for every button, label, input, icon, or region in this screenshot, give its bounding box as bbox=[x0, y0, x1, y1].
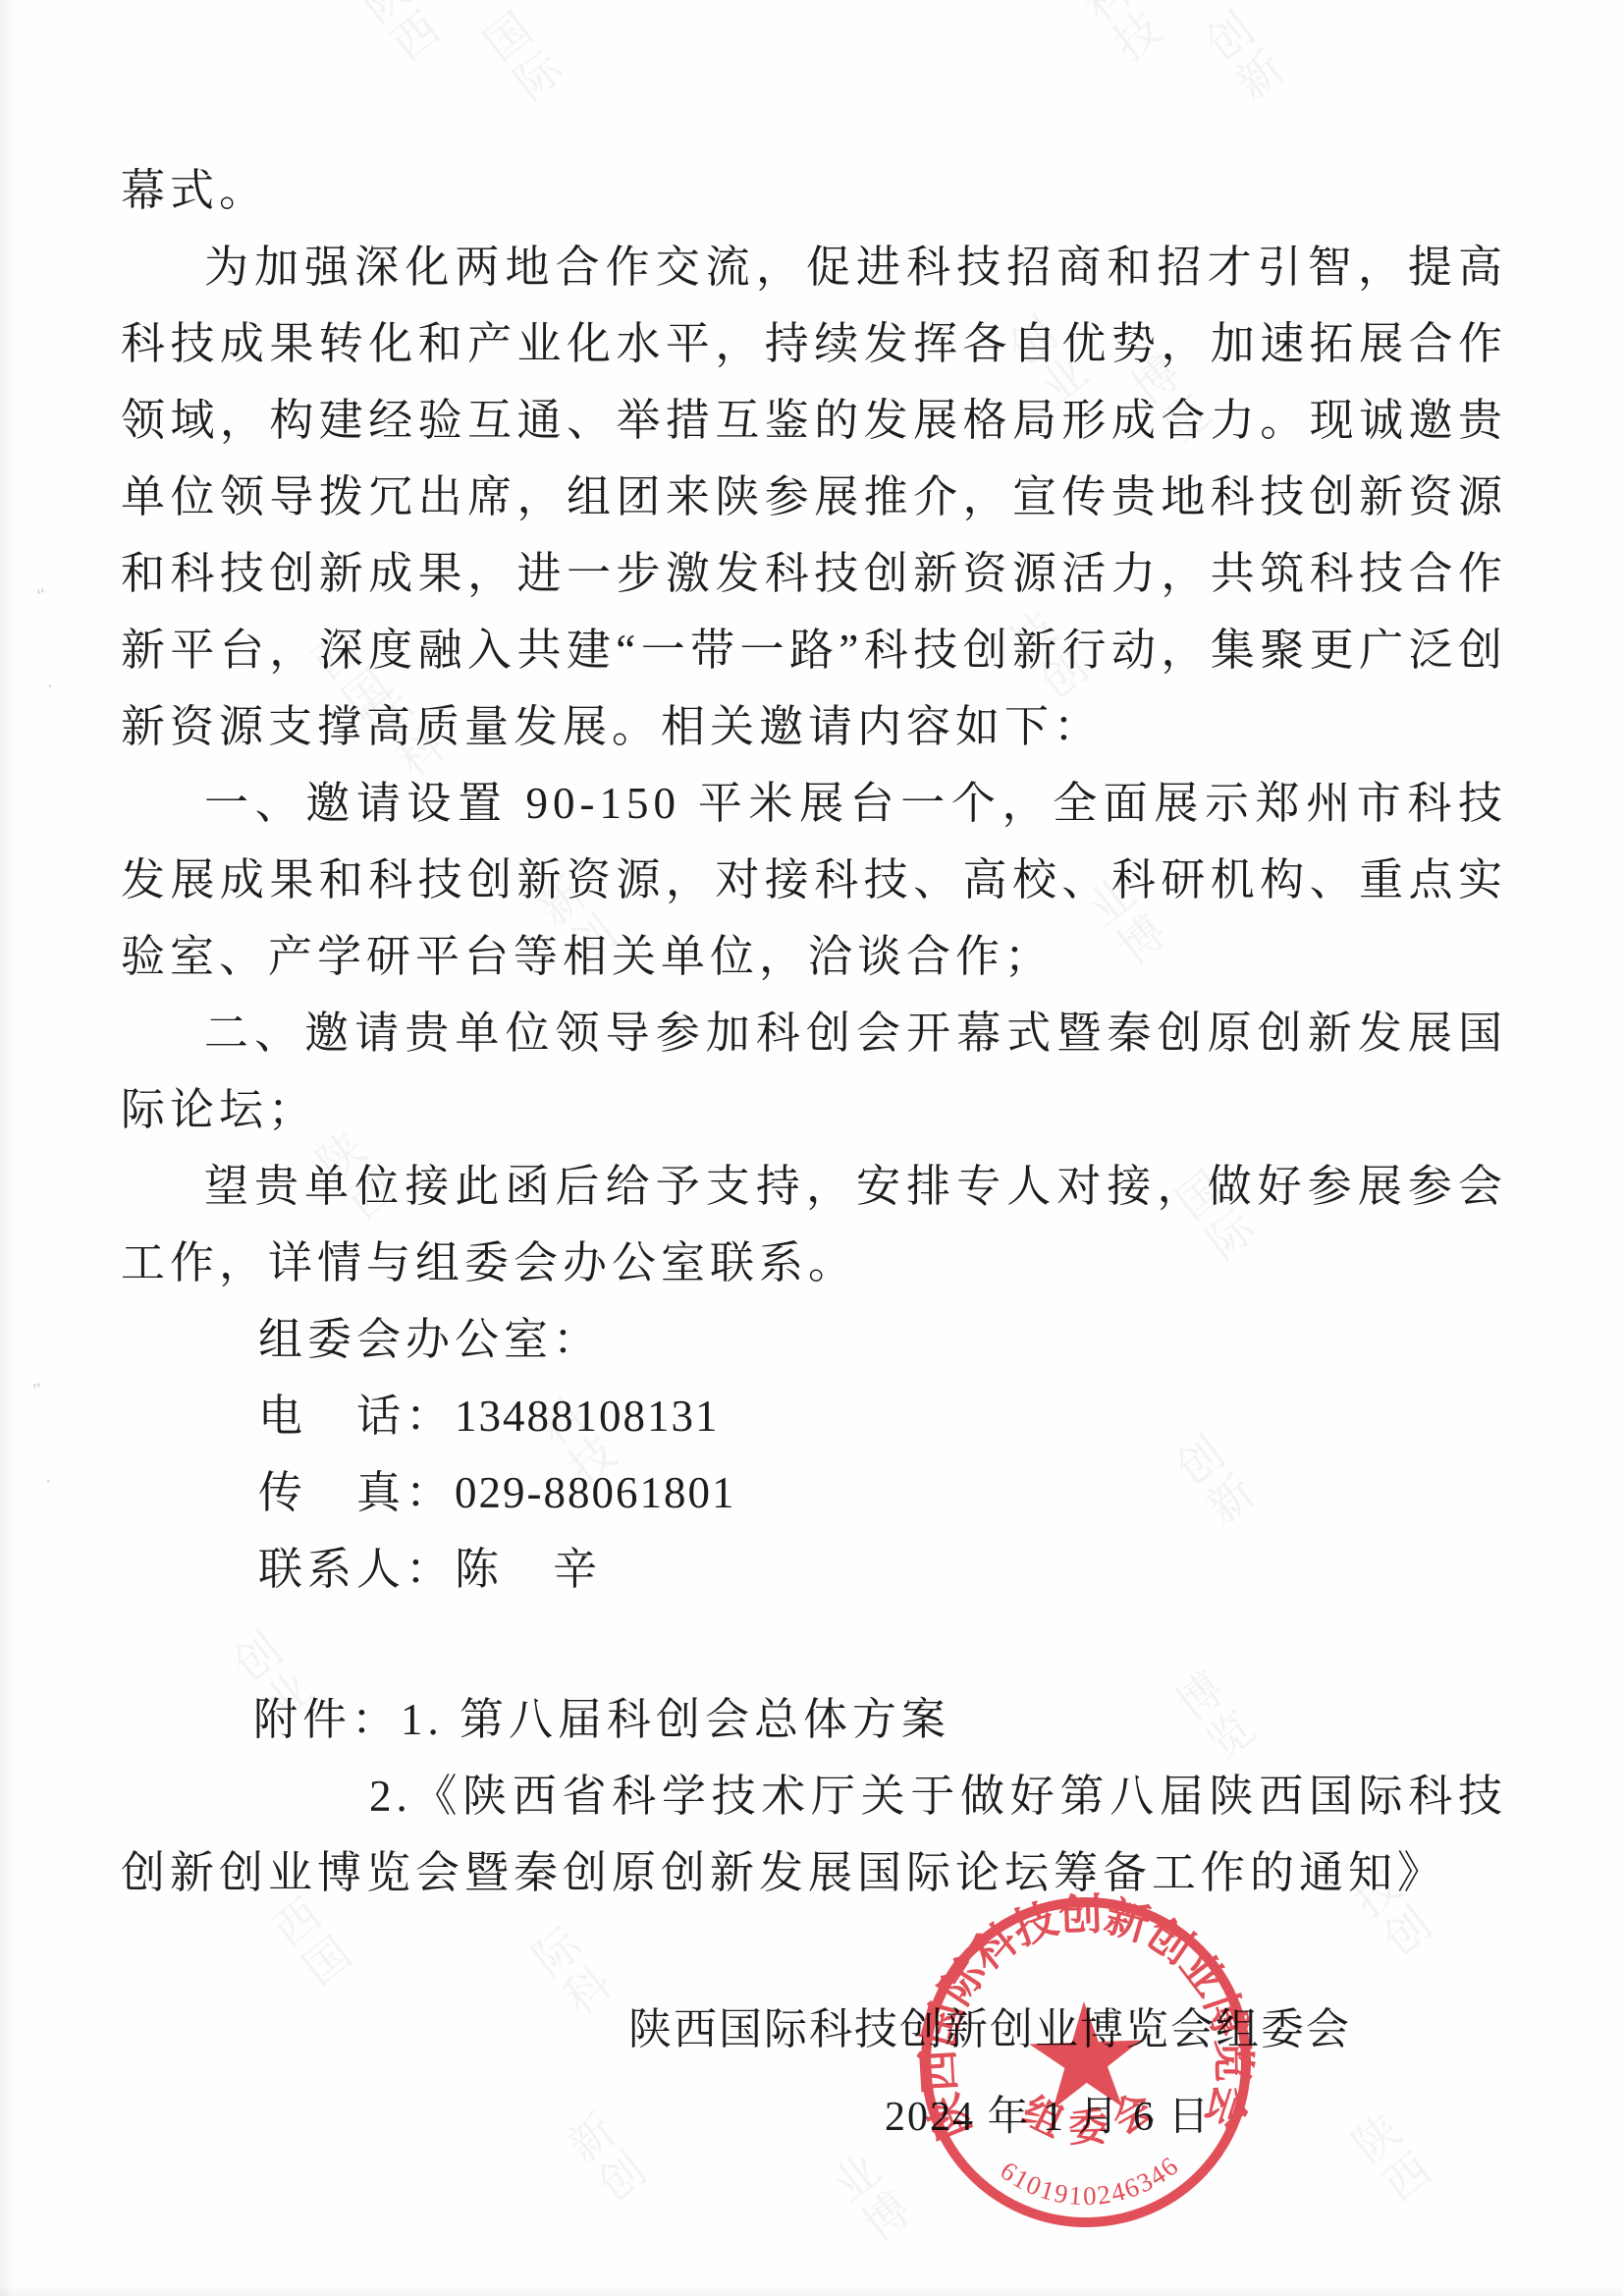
seal-inner-text: 委 bbox=[1068, 2105, 1109, 2150]
office-heading: 组委会办公室： bbox=[121, 1301, 1507, 1378]
body-paragraph-4: 望贵单位接此函后给予支持，安排专人对接，做好参展参会工作，详情与组委会办公室联系… bbox=[121, 1148, 1507, 1301]
watermark-mark: 际科 bbox=[520, 1920, 620, 2028]
contact-row-fax: 传 真：029-88061801 bbox=[121, 1454, 1507, 1531]
opening-fragment: 幕式。 bbox=[121, 152, 1507, 229]
attachment-item-1: 1. 第八届科创会总体方案 bbox=[401, 1695, 950, 1744]
official-seal: 陕西国际科技创新创业博览会 组 委 会 6101910246346 bbox=[903, 1880, 1269, 2245]
contact-row-phone: 电 话：13488108131 bbox=[121, 1378, 1507, 1454]
attachments-label: 附件： bbox=[253, 1695, 401, 1744]
attachments-line: 附件：1. 第八届科创会总体方案 bbox=[121, 1681, 1507, 1758]
scan-speck: “ bbox=[35, 583, 48, 607]
scan-speck: · bbox=[43, 1471, 54, 1495]
contact-row-person: 联系人：陈 辛 bbox=[121, 1531, 1507, 1608]
contact-label: 传 真： bbox=[258, 1468, 455, 1517]
contact-value: 029-88061801 bbox=[455, 1468, 736, 1517]
contact-label: 电 话： bbox=[258, 1392, 455, 1441]
watermark-mark: 业博 bbox=[820, 2146, 919, 2254]
watermark-mark: 陕西 bbox=[1340, 2106, 1439, 2214]
document-body: 幕式。 为加强深化两地合作交流，促进科技招商和招才引智，提高科技成果转化和产业化… bbox=[121, 0, 1507, 1911]
watermark-mark: 新创 bbox=[555, 2106, 654, 2214]
body-paragraph-3: 二、邀请贵单位领导参加科创会开幕式暨秦创原创新发展国际论坛； bbox=[121, 995, 1507, 1148]
scan-speck: ” bbox=[31, 1379, 44, 1402]
section-gap bbox=[121, 1608, 1507, 1681]
contact-value: 陈 辛 bbox=[455, 1545, 602, 1594]
scanned-letter-page: { "colors": { "stamp_red": "#e0414b", "i… bbox=[0, 0, 1623, 2296]
contact-value: 13488108131 bbox=[455, 1392, 720, 1441]
body-paragraph-2: 一、邀请设置 90-150 平米展台一个，全面展示郑州市科技发展成果和科技创新资… bbox=[121, 765, 1507, 995]
body-paragraph-1: 为加强深化两地合作交流，促进科技招商和招才引智，提高科技成果转化和产业化水平，持… bbox=[121, 229, 1507, 765]
attachment-item-2: 2.《陕西省科学技术厅关于做好第八届陕西国际科技创新创业博览会暨秦创原创新发展国… bbox=[121, 1758, 1507, 1911]
seal-graphic: 陕西国际科技创新创业博览会 组 委 会 6101910246346 bbox=[903, 1880, 1269, 2245]
contact-label: 联系人： bbox=[258, 1545, 455, 1594]
scan-speck: · bbox=[45, 676, 56, 699]
